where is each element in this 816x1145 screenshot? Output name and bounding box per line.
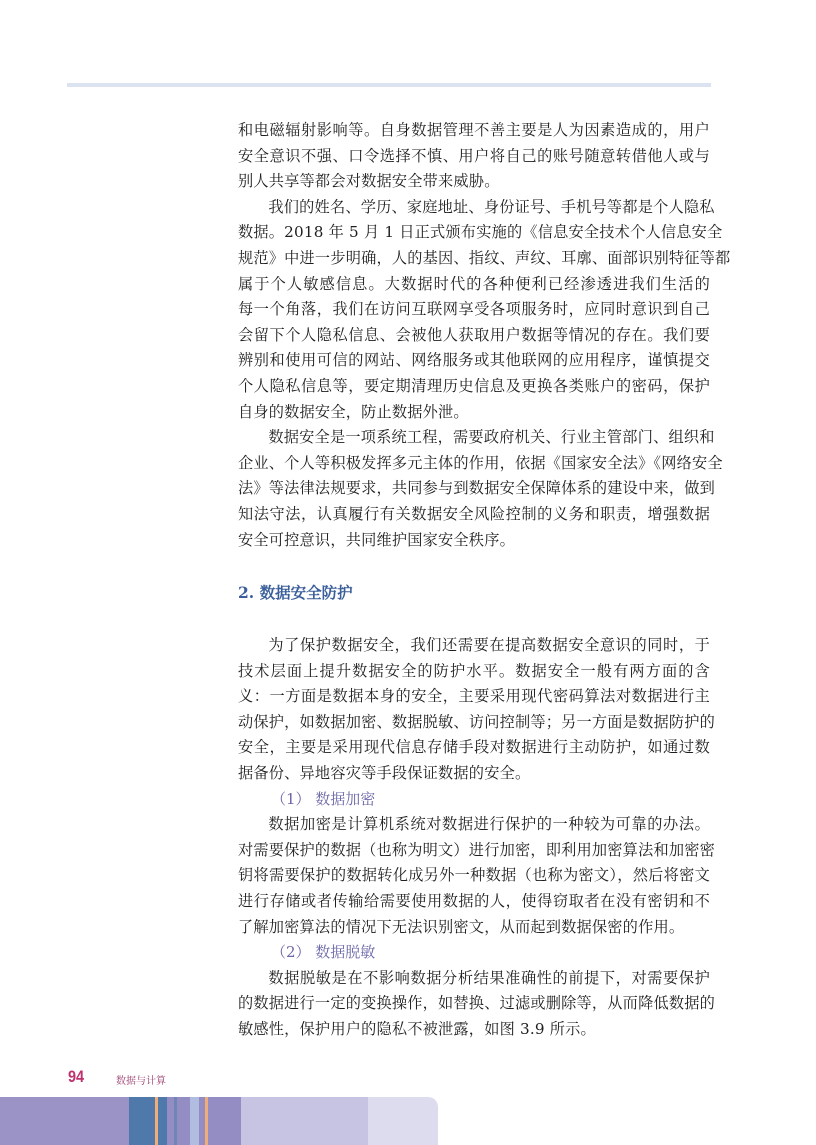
text-line: 据备份、异地容灾等手段保证数据的安全。 (238, 761, 710, 787)
band-stripe (241, 1097, 368, 1145)
text-line: 个人隐私信息等，要定期清理历史信息及更换各类账户的密码，保护 (238, 374, 710, 400)
text-line: 自身的数据安全，防止数据外泄。 (238, 400, 710, 426)
text-line: 我们的姓名、学历、家庭地址、身份证号、手机号等都是个人隐私 (238, 195, 710, 221)
paragraph-encryption: 数据加密是计算机系统对数据进行保护的一种较为可靠的办法。 对需要保护的数据（也称… (238, 812, 710, 940)
paragraph-personal-privacy: 我们的姓名、学历、家庭地址、身份证号、手机号等都是个人隐私 数据。2018 年 … (238, 195, 710, 425)
text-line: 数据脱敏是在不影响数据分析结果准确性的前提下，对需要保护 (238, 966, 710, 992)
text-line: 义：一方面是数据本身的安全，主要采用现代密码算法对数据进行主 (238, 684, 710, 710)
text-line: 企业、个人等积极发挥多元主体的作用，依据《国家安全法》《网络安全 (238, 451, 710, 477)
text-line: 数据加密是计算机系统对数据进行保护的一种较为可靠的办法。 (238, 812, 710, 838)
paragraph-masking: 数据脱敏是在不影响数据分析结果准确性的前提下，对需要保护 的数据进行一定的变换操… (238, 966, 710, 1043)
text-line: 和电磁辐射影响等。自身数据管理不善主要是人为因素造成的，用户 (238, 118, 710, 144)
text-line: 敏感性，保护用户的隐私不被泄露，如图 3.9 所示。 (238, 1017, 710, 1043)
text-line: 会留下个人隐私信息、会被他人获取用户数据等情况的存在。我们要 (238, 323, 710, 349)
text-line: 动保护，如数据加密、数据脱敏、访问控制等；另一方面是数据防护的 (238, 710, 710, 736)
band-stripe (158, 1097, 167, 1145)
text-line: 技术层面上提升数据安全的防护水平。数据安全一般有两方面的含 (238, 659, 710, 685)
text-line: 了解加密算法的情况下无法识别密文，从而起到数据保密的作用。 (238, 915, 710, 941)
subheading-encryption: （1） 数据加密 (238, 787, 710, 813)
band-stripe (167, 1097, 174, 1145)
header-rule (67, 83, 711, 87)
text-line: 每一个角落，我们在访问互联网享受各项服务时，应同时意识到自己 (238, 297, 710, 323)
page-number: 94 (68, 1067, 84, 1087)
text-line: 的数据进行一定的变换操作，如替换、过滤或删除等，从而降低数据的 (238, 991, 710, 1017)
band-stripe (208, 1097, 241, 1145)
band-stripe (177, 1097, 190, 1145)
band-stripe (368, 1097, 438, 1145)
band-stripe (0, 1097, 129, 1145)
text-line: 数据安全是一项系统工程，需要政府机关、行业主管部门、组织和 (238, 425, 710, 451)
section-title: 2. 数据安全防护 (238, 580, 710, 605)
text-line: 辨别和使用可信的网站、网络服务或其他联网的应用程序，谨慎提交 (238, 348, 710, 374)
running-title: 数据与计算 (116, 1072, 166, 1087)
text-line: 进行存储或者传输给需要使用数据的人，使得窃取者在没有密钥和不 (238, 889, 710, 915)
subheading-masking: （2） 数据脱敏 (238, 940, 710, 966)
paragraph-protection-intro: 为了保护数据安全，我们还需要在提高数据安全意识的同时，于 技术层面上提升数据安全… (238, 633, 710, 787)
text-line: 别人共享等都会对数据安全带来威胁。 (238, 169, 710, 195)
text-line: 属于个人敏感信息。大数据时代的各种便利已经渗透进我们生活的 (238, 272, 710, 298)
paragraph-threat-sources: 和电磁辐射影响等。自身数据管理不善主要是人为因素造成的，用户 安全意识不强、口令… (238, 118, 710, 195)
text-line: 安全意识不强、口令选择不慎、用户将自己的账号随意转借他人或与 (238, 144, 710, 170)
text-line: 知法守法，认真履行有关数据安全风险控制的义务和职责，增强数据 (238, 502, 710, 528)
text-line: 为了保护数据安全，我们还需要在提高数据安全意识的同时，于 (238, 633, 710, 659)
text-line: 安全可控意识，共同维护国家安全秩序。 (238, 528, 710, 554)
text-line: 安全，主要是采用现代信息存储手段对数据进行主动防护，如通过数 (238, 735, 710, 761)
text-line: 对需要保护的数据（也称为明文）进行加密，即利用加密算法和加密密 (238, 838, 710, 864)
text-line: 规范》中进一步明确，人的基因、指纹、声纹、耳廓、面部识别特征等都 (238, 246, 710, 272)
text-line: 法》等法律法规要求，共同参与到数据安全保障体系的建设中来，做到 (238, 476, 710, 502)
text-line: 数据。2018 年 5 月 1 日正式颁布实施的《信息安全技术个人信息安全 (238, 220, 710, 246)
paragraph-system-engineering: 数据安全是一项系统工程，需要政府机关、行业主管部门、组织和 企业、个人等积极发挥… (238, 425, 710, 553)
page-body: 和电磁辐射影响等。自身数据管理不善主要是人为因素造成的，用户 安全意识不强、口令… (238, 118, 710, 1043)
band-stripe (190, 1097, 199, 1145)
band-stripe (129, 1097, 155, 1145)
text-line: 钥将需要保护的数据转化成另外一种数据（也称为密文），然后将密文 (238, 863, 710, 889)
